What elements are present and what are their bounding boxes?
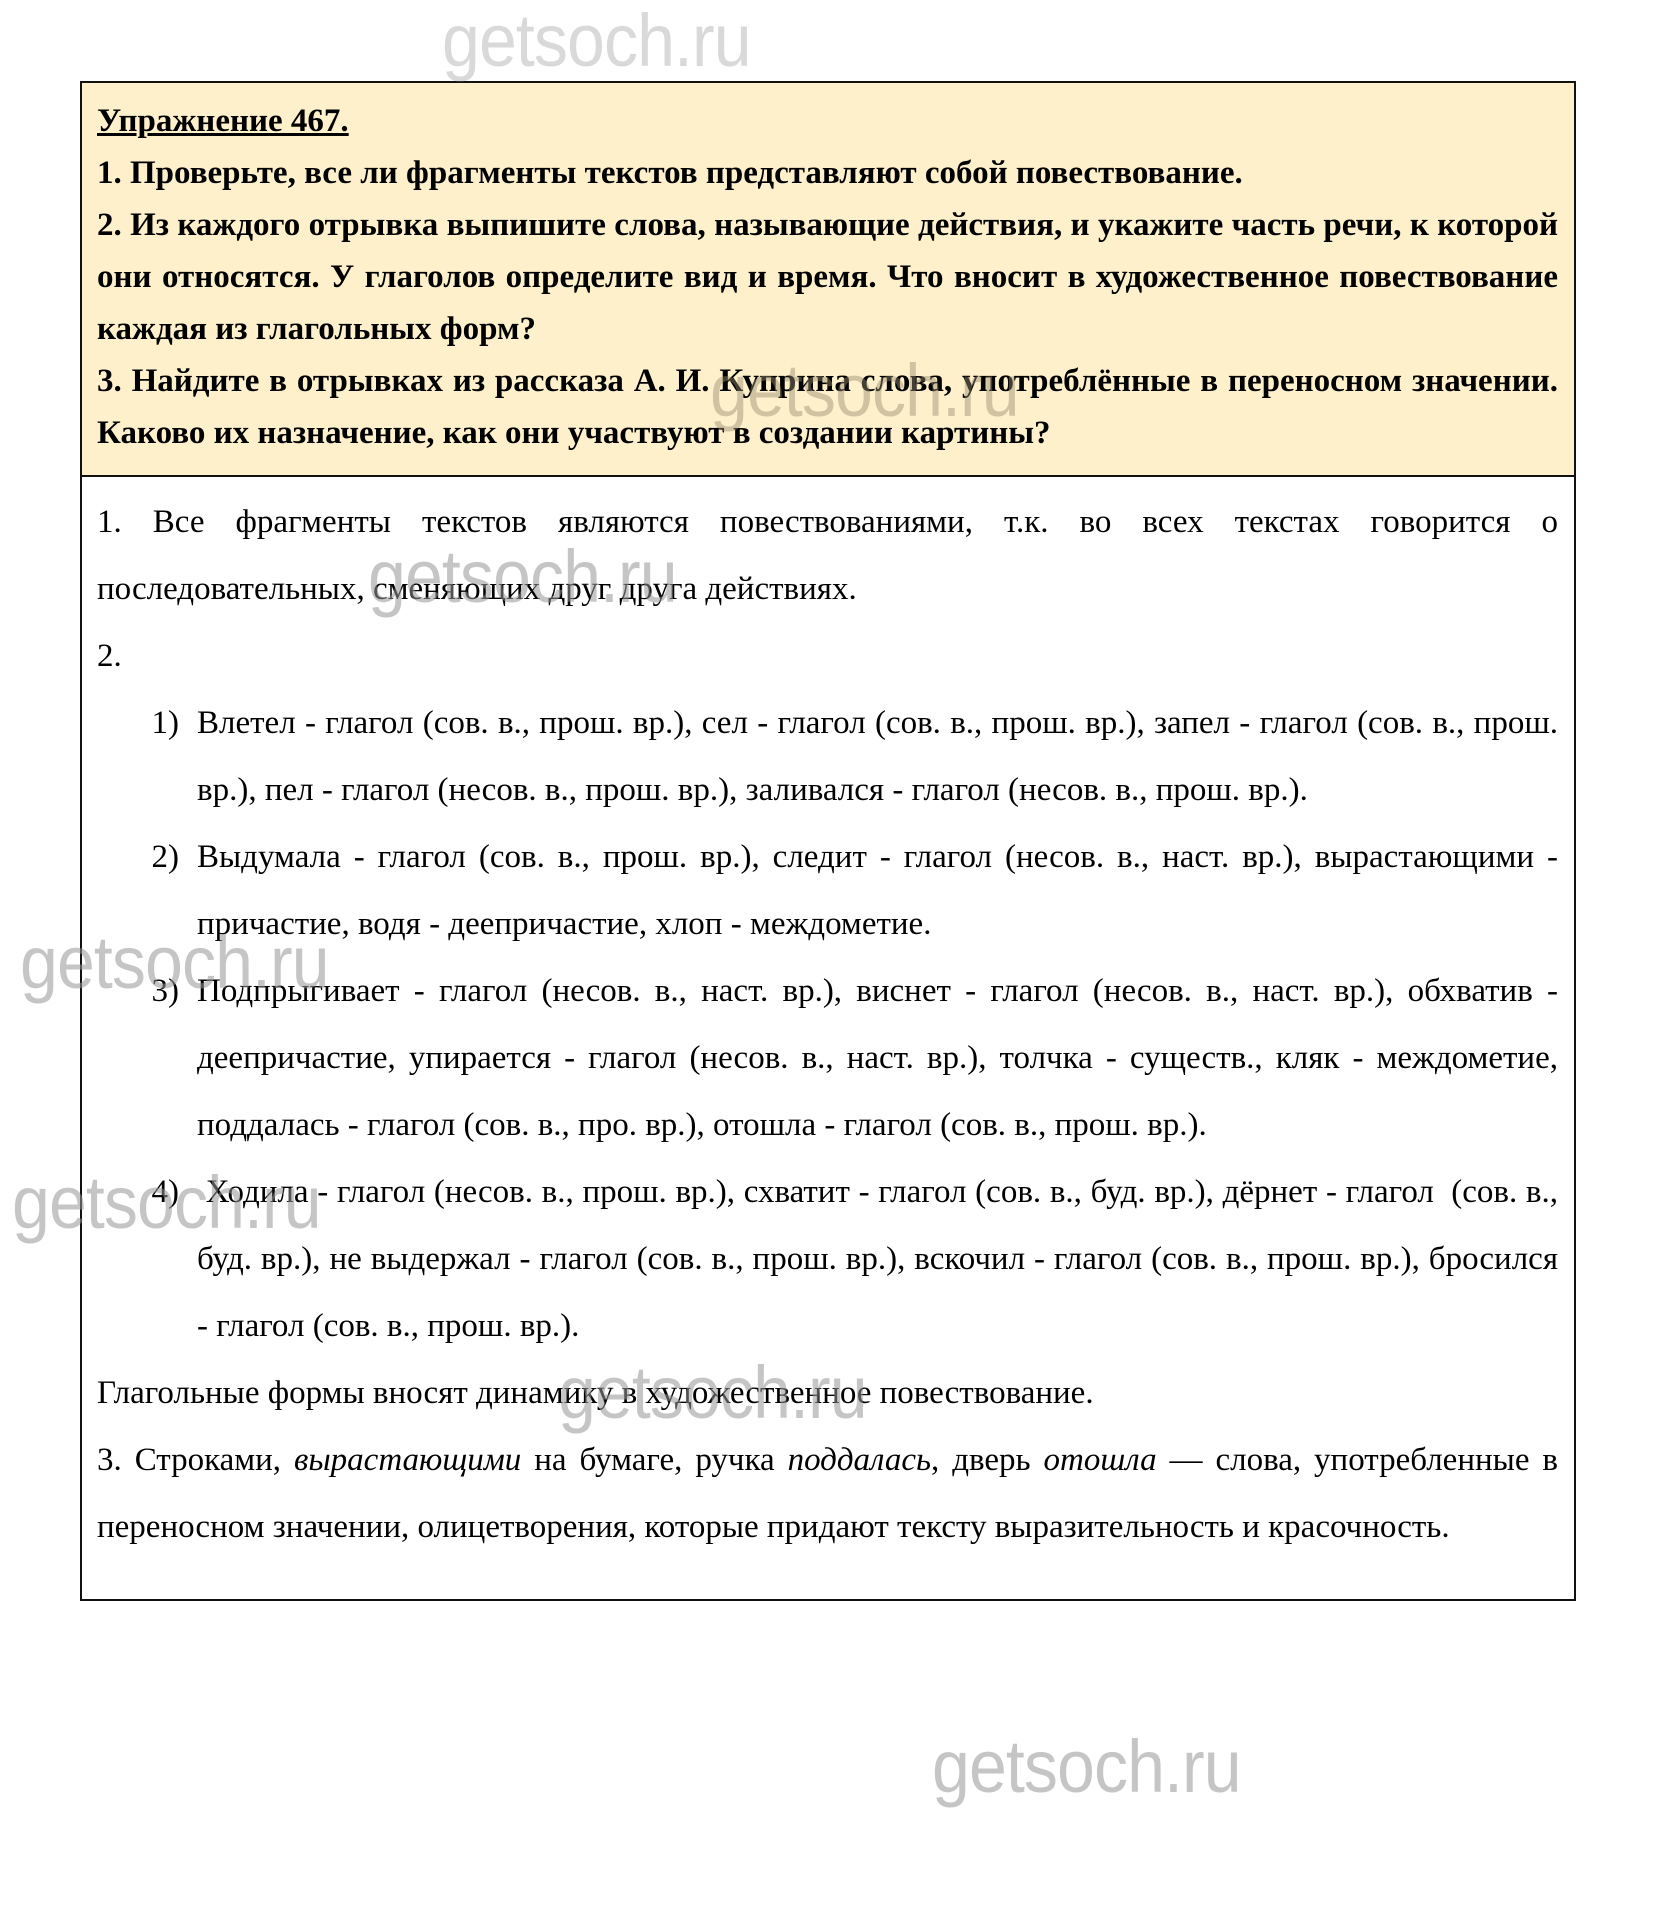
exercise-title: Упражнение 467. [97,103,349,139]
figurative-word: поддалась [788,1442,931,1478]
watermark: getsoch.ru [932,1730,1241,1804]
answer-sub-item: 1) Влетел - глагол (сов. в., прош. вр.),… [97,690,1558,824]
sub-item-text: Влетел - глагол (сов. в., прош. вр.), се… [197,690,1558,824]
answer-part-3: 3. Строками, вырастающими на бумаге, руч… [97,1427,1558,1561]
answer-part-3-text: , дверь [931,1442,1044,1478]
task-item-1: 1. Проверьте, все ли фрагменты текстов п… [97,147,1558,199]
answer-part-1: 1. Все фрагменты текстов являются повест… [97,489,1558,623]
sub-item-text: Выдумала - глагол (сов. в., прош. вр.), … [197,824,1558,958]
watermark: getsoch.ru [442,4,751,78]
answer-sub-item: 3) Подпрыгивает - глагол (несов. в., нас… [97,958,1558,1159]
sub-item-text: Подпрыгивает - глагол (несов. в., наст. … [197,958,1558,1159]
answer-part-3-text: на бумаге, ручка [521,1442,787,1478]
task-item-3: 3. Найдите в отрывках из рассказа А. И. … [97,355,1558,459]
answer-sub-item: 2) Выдумала - глагол (сов. в., прош. вр.… [97,824,1558,958]
answer-part-3-text: 3. Строками, [97,1442,294,1478]
task-item-2: 2. Из каждого отрывка выпишите слова, на… [97,199,1558,355]
sub-item-number: 1) [97,690,197,824]
sub-item-number: 3) [97,958,197,1159]
task-block: Упражнение 467. 1. Проверьте, все ли фра… [82,83,1574,477]
sub-item-number: 4) [97,1159,197,1360]
answer-block: 1. Все фрагменты текстов являются повест… [82,477,1574,1599]
answer-sub-item: 4) Ходила - глагол (несов. в., прош. вр.… [97,1159,1558,1360]
figurative-word: отошла [1044,1442,1157,1478]
answer-part-2-conclusion: Глагольные формы вносят динамику в худож… [97,1360,1558,1427]
exercise-sheet: Упражнение 467. 1. Проверьте, все ли фра… [80,81,1576,1601]
sub-item-text: Ходила - глагол (несов. в., прош. вр.), … [197,1159,1558,1360]
figurative-word: вырастающими [294,1442,521,1478]
sub-item-number: 2) [97,824,197,958]
answer-part-2-label: 2. [97,623,1558,690]
